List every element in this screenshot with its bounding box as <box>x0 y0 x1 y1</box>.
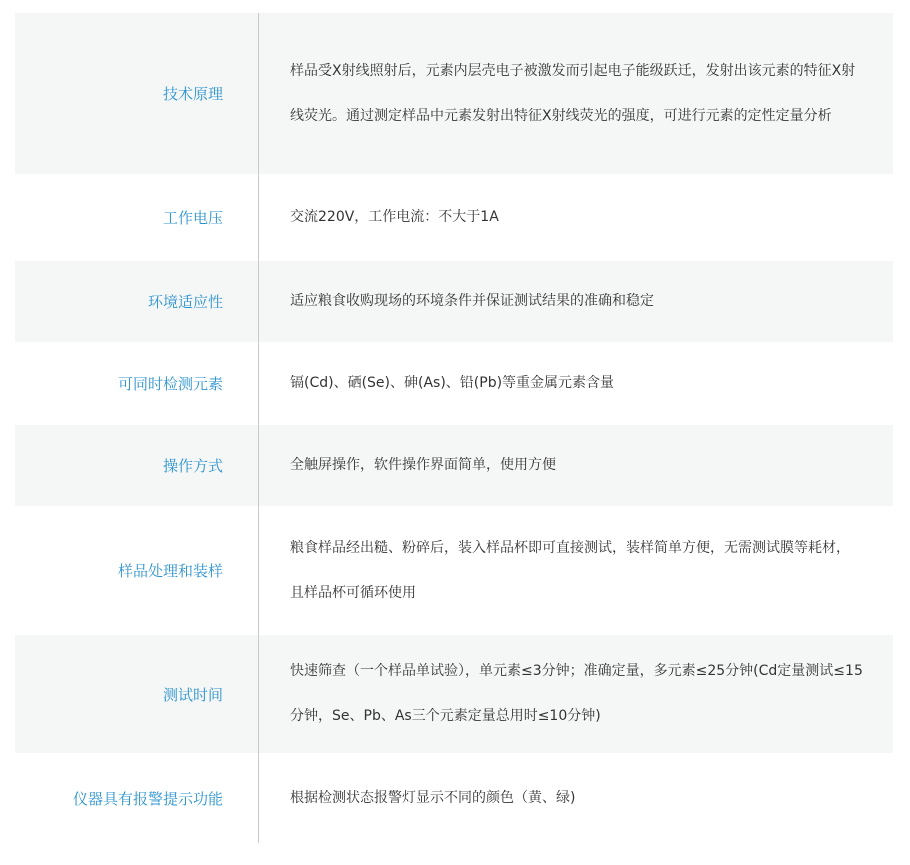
spec-row-alarm: 仪器具有报警提示功能 根据检测状态报警灯显示不同的颜色（黄、绿) <box>15 753 893 843</box>
spec-row-operation: 操作方式 全触屏操作，软件操作界面简单，使用方便 <box>15 425 893 506</box>
spec-value: 交流220V，工作电流：不大于1A <box>290 195 863 240</box>
spec-value: 快速筛查（一个样品单试验），单元素≤3分钟；准确定量，多元素≤25分钟(Cd定量… <box>290 649 863 739</box>
spec-table: 技术原理 样品受X射线照射后，元素内层壳电子被激发而引起电子能级跃迁，发射出该元… <box>15 13 893 843</box>
spec-value: 全触屏操作，软件操作界面简单，使用方便 <box>290 443 863 488</box>
spec-value: 适应粮食收购现场的环境条件并保证测试结果的准确和稳定 <box>290 279 863 324</box>
spec-row-voltage: 工作电压 交流220V，工作电流：不大于1A <box>15 174 893 261</box>
spec-label: 样品处理和装样 <box>15 560 223 581</box>
spec-value: 样品受X射线照射后，元素内层壳电子被激发而引起电子能级跃迁，发射出该元素的特征X… <box>290 49 863 139</box>
spec-label: 可同时检测元素 <box>15 373 223 394</box>
spec-row-elements: 可同时检测元素 镉(Cd)、硒(Se)、砷(As)、铅(Pb)等重金属元素含量 <box>15 342 893 425</box>
spec-value: 根据检测状态报警灯显示不同的颜色（黄、绿) <box>290 776 863 821</box>
spec-value: 镉(Cd)、硒(Se)、砷(As)、铅(Pb)等重金属元素含量 <box>290 361 863 406</box>
spec-label: 环境适应性 <box>15 291 223 312</box>
spec-value: 粮食样品经出糙、粉碎后，装入样品杯即可直接测试，装样简单方便，无需测试膜等耗材，… <box>290 526 863 616</box>
spec-label: 操作方式 <box>15 455 223 476</box>
spec-label: 仪器具有报警提示功能 <box>15 788 223 809</box>
spec-row-test-time: 测试时间 快速筛查（一个样品单试验），单元素≤3分钟；准确定量，多元素≤25分钟… <box>15 635 893 753</box>
spec-label: 测试时间 <box>15 684 223 705</box>
column-divider <box>258 13 259 843</box>
spec-label: 工作电压 <box>15 207 223 228</box>
spec-row-environment: 环境适应性 适应粮食收购现场的环境条件并保证测试结果的准确和稳定 <box>15 261 893 342</box>
spec-label: 技术原理 <box>15 83 223 104</box>
spec-row-principle: 技术原理 样品受X射线照射后，元素内层壳电子被激发而引起电子能级跃迁，发射出该元… <box>15 13 893 174</box>
spec-row-sample-prep: 样品处理和装样 粮食样品经出糙、粉碎后，装入样品杯即可直接测试，装样简单方便，无… <box>15 506 893 635</box>
